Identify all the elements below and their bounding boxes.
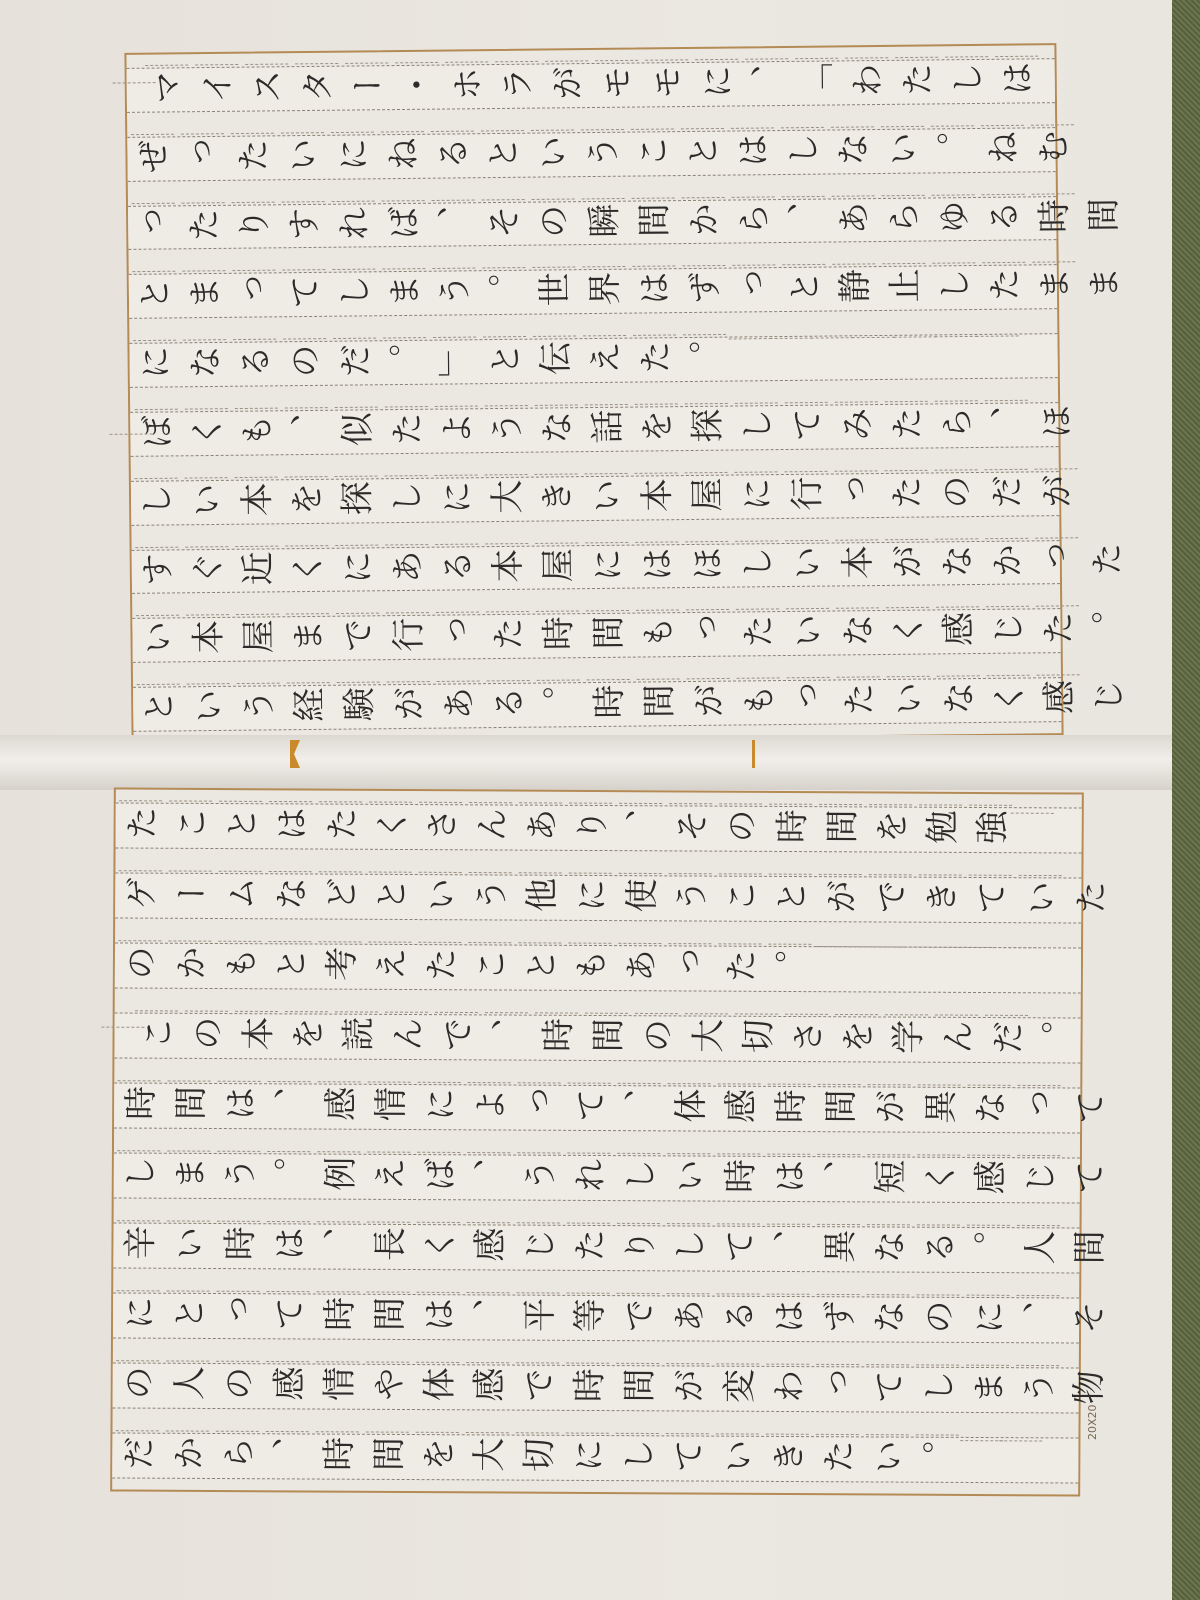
manuscript-cell: だ (984, 469, 1027, 519)
manuscript-row: だから、時間を大切にしていきたい。 (112, 1433, 1078, 1483)
manuscript-row: しまう。例えば、うれしい時は、短く感じて (114, 1153, 1080, 1203)
manuscript-cell: は (766, 1294, 810, 1344)
manuscript-cell: っ (787, 677, 830, 727)
manuscript-row: の人の感情や体感で時間が変わってしまう物 (113, 1363, 1079, 1413)
manuscript-cell: な (535, 405, 578, 455)
manuscript-cell: ん (935, 1015, 979, 1065)
manuscript-cell: 止 (882, 263, 925, 313)
manuscript-cell: た (982, 262, 1025, 312)
manuscript-cell: ム (218, 871, 262, 921)
manuscript-cell: 時 (717, 1154, 761, 1204)
manuscript-cell: じ (986, 606, 1029, 656)
manuscript-cell: 。 (1085, 606, 1128, 655)
manuscript-cell: 短 (867, 1154, 911, 1204)
manuscript-cell: 。 (537, 680, 580, 730)
manuscript-page-bottom: たことはたくさんあり、その時間を勉強ゲームなどという他に使うことができていたのか… (110, 787, 1084, 1496)
manuscript-cell: 本 (835, 539, 878, 589)
manuscript-row: 時間は、感情によって、体感時間が異なって (114, 1083, 1080, 1133)
manuscript-cell: あ (832, 195, 875, 245)
manuscript-page-top: マイスター・ホラがモモに、「わたしはぜったいにねるということはしない。ねむったり… (124, 43, 1063, 745)
manuscript-cell: 間 (167, 1081, 211, 1131)
manuscript-cell (860, 947, 904, 992)
manuscript-cell: 等 (566, 1293, 610, 1343)
manuscript-cell: て (717, 1224, 761, 1274)
manuscript-cell: っ (181, 133, 224, 183)
manuscript-cell: 。 (967, 1225, 1011, 1275)
manuscript-cell (960, 1440, 1004, 1479)
manuscript-cell: え (368, 942, 412, 992)
manuscript-cell: と (768, 874, 812, 924)
manuscript-cell: を (835, 1014, 879, 1064)
manuscript-cell: 勉 (919, 805, 963, 855)
manuscript-cell: ま (382, 269, 425, 319)
manuscript-cell: う (1016, 1365, 1060, 1415)
manuscript-cell: く (417, 1222, 461, 1272)
manuscript-cell: 他 (518, 873, 562, 923)
manuscript-row: ったりすれば、その瞬間から、あらゆる時間 (128, 196, 1056, 250)
manuscript-cell: に (116, 1290, 160, 1340)
manuscript-cell: が (387, 681, 430, 731)
manuscript-cell: ず (682, 265, 725, 315)
manuscript-cell: む (1031, 124, 1074, 174)
manuscript-cell: た (182, 202, 225, 252)
manuscript-cell: と (132, 271, 175, 321)
manuscript-cell: し (667, 1223, 711, 1273)
manuscript-row: 辛い時は、長く感じたりして、異なる。人間 (113, 1223, 1079, 1273)
manuscript-cell: モ (645, 59, 688, 109)
manuscript-cell: し (781, 127, 824, 177)
manuscript-cell: ま (1082, 262, 1125, 311)
manuscript-cell: ぜ (131, 134, 174, 184)
manuscript-cell: た (736, 609, 779, 659)
manuscript-cell: イ (195, 64, 238, 114)
manuscript-cell: い (881, 126, 924, 176)
manuscript-cell: か (166, 1431, 210, 1481)
manuscript-cell: 感 (467, 1222, 511, 1272)
manuscript-cell: の (635, 1013, 679, 1063)
manuscript-cell: て (666, 1433, 710, 1483)
manuscript-row: のかもと考えたこともあった。 (115, 943, 1081, 993)
manuscript-cell: う (517, 1153, 561, 1203)
manuscript-cell: ら (216, 1431, 260, 1481)
manuscript-cell: ス (245, 64, 288, 114)
manuscript-cell: る (716, 1294, 760, 1344)
manuscript-cell: た (567, 1223, 611, 1273)
manuscript-cell: も (636, 610, 679, 660)
manuscript-cell: の (934, 469, 977, 519)
manuscript-cell: 感 (317, 1082, 361, 1132)
manuscript-cell: い (167, 1221, 211, 1271)
manuscript-cell: い (667, 1153, 711, 1203)
manuscript-row: ゲームなどという他に使うことができていた (115, 873, 1081, 923)
manuscript-cell: か (985, 537, 1028, 587)
manuscript-cell: し (945, 56, 988, 106)
manuscript-cell: な (836, 608, 879, 658)
manuscript-cell: れ (567, 1153, 611, 1203)
manuscript-cell: ま (167, 1151, 211, 1201)
manuscript-cell: し (617, 1153, 661, 1203)
manuscript-cell: い (185, 477, 228, 527)
manuscript-cell: が (687, 678, 730, 728)
manuscript-cell: く (886, 607, 929, 657)
manuscript-cell: う (485, 405, 528, 455)
manuscript-cell: 辛 (117, 1220, 161, 1270)
manuscript-cell: く (917, 1155, 961, 1205)
manuscript-cell: な (183, 339, 226, 389)
manuscript-cell: の (283, 338, 326, 388)
manuscript-cell: な (967, 1085, 1011, 1135)
manuscript-cell: 時 (566, 1363, 610, 1413)
manuscript-cell: 探 (335, 475, 378, 525)
manuscript-cell: た (1068, 876, 1112, 925)
manuscript-cell (729, 338, 772, 380)
manuscript-cell: い (281, 132, 324, 182)
manuscript-cell: わ (766, 1364, 810, 1414)
manuscript-cell: が (885, 539, 928, 589)
manuscript-cell: に (335, 544, 378, 594)
manuscript-cell: に (331, 131, 374, 181)
manuscript-cell: よ (435, 406, 478, 456)
manuscript-cell: 大 (685, 1013, 729, 1063)
manuscript-cell (949, 948, 993, 993)
manuscript-cell: た (718, 944, 762, 994)
manuscript-cell: 話 (585, 404, 628, 454)
manuscript-cell: し (385, 475, 428, 525)
manuscript-cell: ま (1032, 262, 1075, 312)
manuscript-paper: マイスター・ホラがモモに、「わたしはぜったいにねるということはしない。ねむったり… (0, 0, 1172, 1600)
manuscript-cell: 時 (535, 1013, 579, 1063)
manuscript-cell: る (233, 339, 276, 389)
manuscript-cell: さ (419, 802, 463, 852)
manuscript-cell: 体 (416, 1362, 460, 1412)
manuscript-cell: っ (668, 943, 712, 993)
manuscript-cell: 間 (585, 1013, 629, 1063)
manuscript-cell: と (481, 130, 524, 180)
manuscript-cell: た (319, 802, 363, 852)
manuscript-cell: モ (595, 60, 638, 110)
manuscript-cell: 近 (235, 545, 278, 595)
manuscript-cell: ば (417, 1152, 461, 1202)
manuscript-cell: 時 (587, 679, 630, 729)
manuscript-cell: た (837, 677, 880, 727)
manuscript-cell: 感 (717, 1084, 761, 1134)
manuscript-cell: に (566, 1433, 610, 1483)
manuscript-cell: 異 (817, 1224, 861, 1274)
manuscript-cell: 、 (745, 58, 788, 108)
manuscript-cell: 情 (316, 1362, 360, 1412)
manuscript-cell: ー (345, 63, 388, 113)
manuscript-cell: 。 (768, 944, 812, 994)
manuscript-cell: ぐ (185, 546, 228, 596)
manuscript-cell: な (935, 538, 978, 588)
manuscript-cell: の (916, 1295, 960, 1345)
manuscript-cell: だ (985, 1015, 1029, 1065)
manuscript-cell: て (1067, 1086, 1111, 1135)
manuscript-cell: 、 (782, 196, 825, 246)
manuscript-row: たことはたくさんあり、その時間を勉強 (116, 803, 1082, 853)
manuscript-cell: ま (966, 1365, 1010, 1415)
manuscript-cell: 感 (936, 607, 979, 657)
manuscript-cell: く (285, 545, 328, 595)
manuscript-cell: で (868, 874, 912, 924)
manuscript-cell: 、 (817, 1154, 861, 1204)
manuscript-cell: た (1085, 537, 1128, 586)
manuscript-cell: 経 (287, 682, 330, 732)
manuscript-cell: ホ (445, 61, 488, 111)
manuscript-cell: の (116, 1360, 160, 1410)
manuscript-cell: 、 (1016, 1295, 1060, 1345)
manuscript-cell: た (1036, 606, 1079, 656)
manuscript-cell: に (417, 1082, 461, 1132)
manuscript-cell: だ (116, 1430, 160, 1480)
manuscript-cell: こ (135, 1011, 179, 1061)
manuscript-cell: し (916, 1365, 960, 1415)
manuscript-cell: の (216, 1361, 260, 1411)
manuscript-cell: な (831, 126, 874, 176)
manuscript-cell: と (268, 941, 312, 991)
manuscript-cell: ー (168, 871, 212, 921)
manuscript-cell: で (336, 613, 379, 663)
background-cloth (1172, 0, 1200, 1600)
manuscript-cell: を (285, 1011, 329, 1061)
manuscript-cell: 屋 (685, 472, 728, 522)
manuscript-cell: 時 (767, 1084, 811, 1134)
manuscript-cell: に (568, 873, 612, 923)
manuscript-cell: は (632, 266, 675, 316)
manuscript-cell: ば (382, 200, 425, 250)
manuscript-cell: で (435, 1012, 479, 1062)
manuscript-cell: じ (517, 1223, 561, 1273)
manuscript-cell: 間 (819, 804, 863, 854)
manuscript-cell: そ (1066, 1296, 1110, 1345)
manuscript-cell: が (666, 1363, 710, 1413)
manuscript-row: という経験がある。時間がもったいなく感じ (133, 677, 1061, 731)
manuscript-cell: う (217, 1151, 261, 1201)
manuscript-cell: う (668, 873, 712, 923)
manuscript-cell: 。 (383, 337, 426, 387)
manuscript-cell: 読 (335, 1012, 379, 1062)
manuscript-cell: 、 (617, 1083, 661, 1133)
manuscript-cell: 人 (166, 1361, 210, 1411)
manuscript-cell: て (266, 1291, 310, 1341)
manuscript-cell: 、 (466, 1292, 510, 1342)
manuscript-cell: 本 (485, 543, 528, 593)
manuscript-cell: 時 (217, 1221, 261, 1271)
manuscript-cell: ん (385, 1012, 429, 1062)
manuscript-row: しい本を探しに大きい本屋に行ったのだが (131, 471, 1059, 525)
manuscript-cell: 屋 (535, 542, 578, 592)
manuscript-cell: は (416, 1292, 460, 1342)
manuscript-cell: は (767, 1154, 811, 1204)
manuscript-cell: 強 (969, 805, 1013, 855)
manuscript-cell: く (987, 675, 1030, 725)
manuscript-cell: も (568, 943, 612, 993)
manuscript-cell: う (468, 872, 512, 922)
manuscript-cell: 間 (366, 1292, 410, 1342)
manuscript-cell: が (545, 60, 588, 110)
manuscript-cell: い (716, 1434, 760, 1484)
manuscript-cell: こ (169, 801, 213, 851)
manuscript-cell: 間 (616, 1363, 660, 1413)
manuscript-cell: く (369, 802, 413, 852)
manuscript-cell: ま (182, 271, 225, 321)
manuscript-cell: ん (469, 802, 513, 852)
manuscript-cell: 「 (795, 58, 838, 108)
manuscript-cell: で (616, 1293, 660, 1343)
manuscript-cell: い (887, 676, 930, 726)
manuscript-cell (893, 336, 936, 378)
manuscript-cell: す (282, 201, 325, 251)
manuscript-cell: え (583, 335, 626, 385)
manuscript-cell: と (368, 872, 412, 922)
manuscript-cell: あ (519, 803, 563, 853)
manuscript-cell: じ (1017, 1155, 1061, 1205)
manuscript-cell: 、 (485, 1012, 529, 1062)
manuscript-cell: し (616, 1433, 660, 1483)
manuscript-row: この本を読んで、時間の大切さを学んだ。 (114, 1013, 1080, 1063)
manuscript-cell: っ (1017, 1085, 1061, 1135)
manuscript-cell: っ (732, 265, 775, 315)
manuscript-cell: す (135, 546, 178, 596)
manuscript-cell: 、 (767, 1224, 811, 1274)
manuscript-cell: 本 (186, 615, 229, 665)
manuscript-cell: れ (332, 200, 375, 250)
manuscript-cell: は (731, 127, 774, 177)
manuscript-cell: な (866, 1294, 910, 1344)
manuscript-cell: 異 (917, 1085, 961, 1135)
manuscript-cell: は (635, 541, 678, 591)
manuscript-cell: い (531, 129, 574, 179)
manuscript-cell: ま (286, 614, 329, 664)
manuscript-cell: 人 (1017, 1225, 1061, 1275)
manuscript-cell (1037, 949, 1081, 993)
manuscript-cell: に (695, 59, 738, 109)
manuscript-cell: 似 (335, 407, 378, 457)
manuscript-cell: っ (1035, 537, 1078, 587)
manuscript-cell: を (869, 804, 913, 854)
grid-size-label: 20X20 (1086, 1404, 1099, 1440)
manuscript-cell: 」 (433, 337, 476, 387)
manuscript-cell: か (168, 941, 212, 991)
manuscript-cell: 時 (769, 804, 813, 854)
manuscript-cell: 間 (632, 197, 675, 247)
manuscript-cell: の (118, 940, 162, 990)
manuscript-cell: く (185, 408, 228, 458)
manuscript-cell: 時 (117, 1080, 161, 1130)
manuscript-cell: あ (385, 544, 428, 594)
manuscript-cell: た (895, 57, 938, 107)
manuscript-cell: と (681, 128, 724, 178)
manuscript-cell: ラ (495, 61, 538, 111)
manuscript-cell: 情 (367, 1082, 411, 1132)
manuscript-cell: 変 (716, 1364, 760, 1414)
manuscript-cell: な (268, 871, 312, 921)
manuscript-cell: に (735, 471, 778, 521)
manuscript-cell: 考 (318, 942, 362, 992)
manuscript-cell: は (269, 801, 313, 851)
manuscript-cell: に (435, 474, 478, 524)
manuscript-cell: き (918, 875, 962, 925)
manuscript-cell: 時 (536, 611, 579, 661)
manuscript-cell: 感 (266, 1361, 310, 1411)
manuscript-cell: も (218, 941, 262, 991)
manuscript-cell: 験 (337, 682, 380, 732)
manuscript-cell: わ (845, 57, 888, 107)
manuscript-cell: さ (785, 1014, 829, 1064)
manuscript-cell: 学 (885, 1014, 929, 1064)
manuscript-cell: に (133, 340, 176, 390)
manuscript-row: マイスター・ホラがモモに、「わたしは (127, 58, 1055, 112)
manuscript-cell: し (332, 269, 375, 319)
manuscript-cell: い (1018, 875, 1062, 925)
manuscript-cell: う (581, 129, 624, 179)
manuscript-cell: っ (686, 609, 729, 659)
manuscript-cell: 平 (516, 1293, 560, 1343)
manuscript-cell: き (766, 1434, 810, 1484)
manuscript-cell: 行 (784, 471, 827, 521)
manuscript-cell: 、 (266, 1431, 310, 1481)
manuscript-cell: う (237, 683, 280, 733)
manuscript-cell: っ (132, 202, 175, 252)
manuscript-cell: の (185, 1011, 229, 1061)
manuscript-cell: こ (468, 942, 512, 992)
manuscript-cell: そ (482, 199, 525, 249)
manuscript-cell (993, 948, 1037, 993)
manuscript-cell: 長 (367, 1222, 411, 1272)
manuscript-cell: 時 (316, 1432, 360, 1482)
manuscript-cell: い (187, 683, 230, 733)
manuscript-cell: っ (816, 1364, 860, 1414)
manuscript-cell: ず (816, 1294, 860, 1344)
manuscript-cell: 使 (618, 873, 662, 923)
manuscript-cell: う (432, 268, 475, 318)
manuscript-cell: は (217, 1081, 261, 1131)
manuscript-cell: し (135, 478, 178, 528)
manuscript-cell: 本 (235, 1011, 279, 1061)
manuscript-cell: タ (295, 63, 338, 113)
manuscript-cell: 伝 (533, 336, 576, 386)
manuscript-cell: 大 (466, 1432, 510, 1482)
manuscript-cell: を (285, 476, 328, 526)
manuscript-cell: る (431, 130, 474, 180)
manuscript-cell: が (1034, 468, 1077, 518)
manuscript-cell: の (719, 804, 763, 854)
manuscript-cell: 時 (1032, 193, 1075, 243)
manuscript-cell: 探 (685, 403, 728, 453)
manuscript-cell (975, 336, 1018, 378)
manuscript-cell: っ (216, 1291, 260, 1341)
manuscript-row: にとって時間は、平等であるはずなのに、そ (113, 1293, 1079, 1343)
manuscript-cell: し (735, 540, 778, 590)
manuscript-cell: い (785, 540, 828, 590)
manuscript-cell: っ (436, 612, 479, 662)
manuscript-cell: し (117, 1150, 161, 1200)
manuscript-cell: に (585, 542, 628, 592)
manuscript-cell: 切 (516, 1433, 560, 1483)
manuscript-cell: た (486, 611, 529, 661)
manuscript-cell: と (137, 684, 180, 734)
manuscript-cell: て (866, 1364, 910, 1414)
manuscript-cell: た (231, 133, 274, 183)
manuscript-cell: 本 (235, 477, 278, 527)
manuscript-cell: の (532, 198, 575, 248)
manuscript-cell: る (917, 1225, 961, 1275)
manuscript-cell: て (785, 402, 828, 452)
manuscript-cell: に (966, 1295, 1010, 1345)
manuscript-cell: あ (437, 681, 480, 731)
manuscript-cell: は (267, 1221, 311, 1271)
manuscript-cell: ほ (1034, 400, 1077, 449)
